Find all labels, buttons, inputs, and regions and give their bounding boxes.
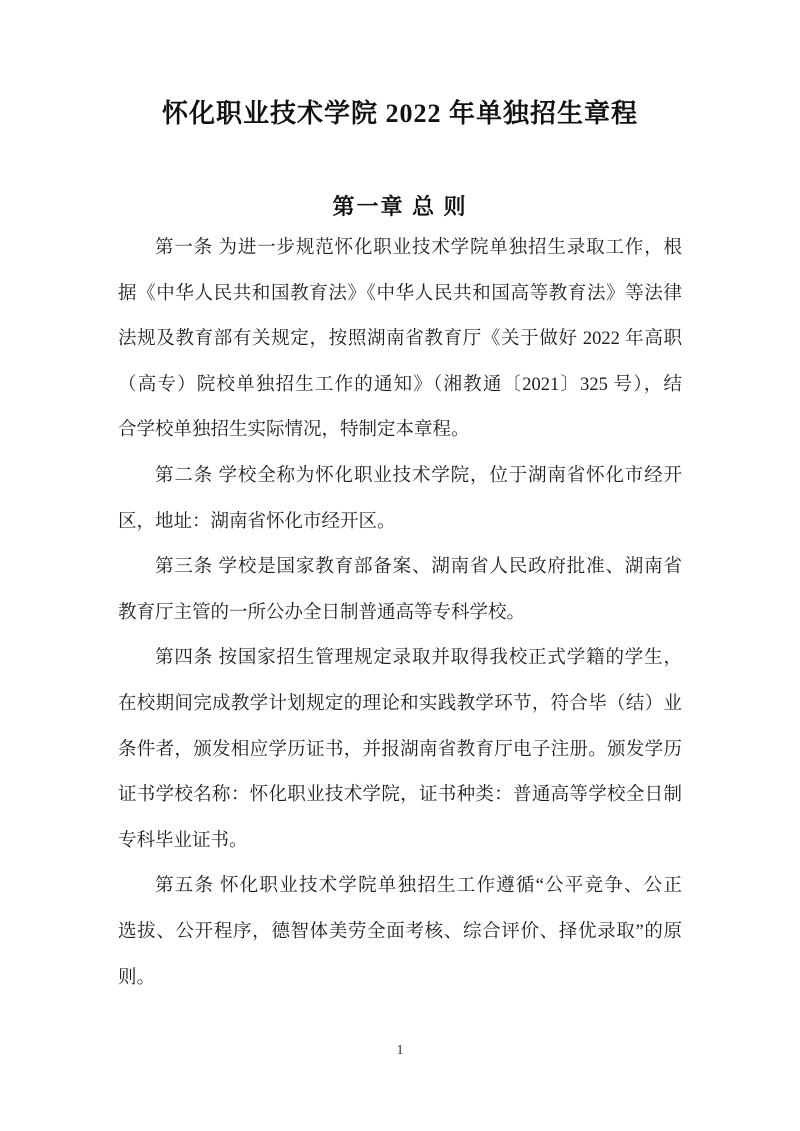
document-page: 怀化职业技术学院 2022 年单独招生章程 第一章 总 则 第一条 为进一步规范… [0, 0, 800, 1131]
paragraph-line: 在校期间完成教学计划规定的理论和实践教学环节，符合毕（结）业 [118, 682, 682, 728]
paragraph-line: 教育厅主管的一所公办全日制普通高等专科学校。 [118, 591, 682, 637]
paragraph-line: 专科毕业证书。 [118, 819, 682, 865]
paragraph-line: 第二条 学校全称为怀化职业技术学院，位于湖南省怀化市经开 [118, 454, 682, 500]
paragraph-line: 合学校单独招生实际情况，特制定本章程。 [118, 408, 682, 454]
paragraph: 第五条 怀化职业技术学院单独招生工作遵循“公平竞争、公正选拔、公开程序，德智体美… [118, 864, 682, 1001]
paragraph-line: 法规及教育部有关规定，按照湖南省教育厅《关于做好 2022 年高职 [118, 317, 682, 363]
paragraph-line: 区，地址：湖南省怀化市经开区。 [118, 500, 682, 546]
paragraph-line: 证书学校名称：怀化职业技术学院，证书种类：普通高等学校全日制 [118, 773, 682, 819]
paragraph: 第二条 学校全称为怀化职业技术学院，位于湖南省怀化市经开区，地址：湖南省怀化市经… [118, 454, 682, 545]
chapter-heading: 第一章 总 则 [118, 192, 682, 222]
document-body: 第一条 为进一步规范怀化职业技术学院单独招生录取工作，根据《中华人民共和国教育法… [118, 226, 682, 1001]
page-number: 1 [0, 1043, 800, 1059]
paragraph: 第三条 学校是国家教育部备案、湖南省人民政府批准、湖南省教育厅主管的一所公办全日… [118, 545, 682, 636]
paragraph: 第四条 按国家招生管理规定录取并取得我校正式学籍的学生，在校期间完成教学计划规定… [118, 636, 682, 864]
paragraph-line: 第三条 学校是国家教育部备案、湖南省人民政府批准、湖南省 [118, 545, 682, 591]
paragraph-line: 选拔、公开程序，德智体美劳全面考核、综合评价、择优录取”的原 [118, 910, 682, 956]
paragraph: 第一条 为进一步规范怀化职业技术学院单独招生录取工作，根据《中华人民共和国教育法… [118, 226, 682, 454]
paragraph-line: （高专）院校单独招生工作的通知》（湘教通〔2021〕325 号），结 [118, 363, 682, 409]
paragraph-line: 条件者，颁发相应学历证书，并报湖南省教育厅电子注册。颁发学历 [118, 728, 682, 774]
paragraph-line: 第一条 为进一步规范怀化职业技术学院单独招生录取工作，根 [118, 226, 682, 272]
paragraph-line: 第四条 按国家招生管理规定录取并取得我校正式学籍的学生， [118, 636, 682, 682]
paragraph-line: 则。 [118, 956, 682, 1002]
paragraph-line: 据《中华人民共和国教育法》《中华人民共和国高等教育法》等法律 [118, 272, 682, 318]
document-title: 怀化职业技术学院 2022 年单独招生章程 [118, 0, 682, 132]
paragraph-line: 第五条 怀化职业技术学院单独招生工作遵循“公平竞争、公正 [118, 864, 682, 910]
